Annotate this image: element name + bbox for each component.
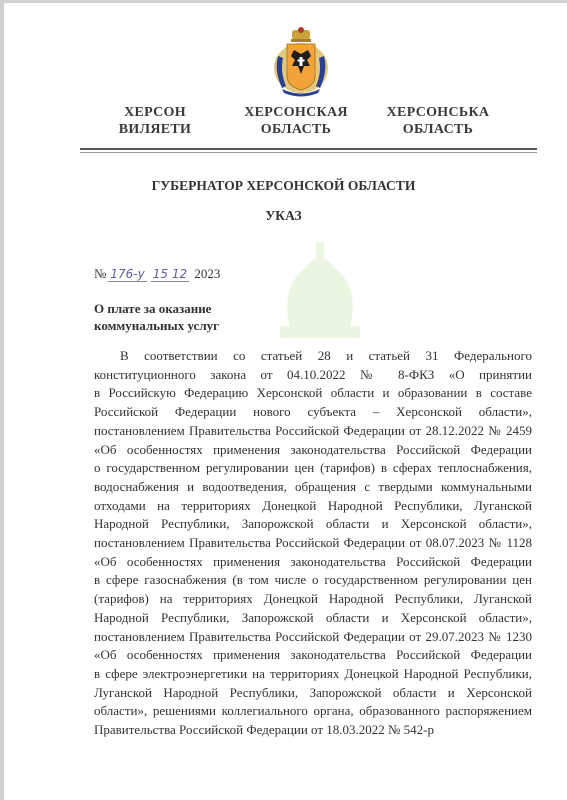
body-line: «Об особенностях применения законодатель… [94, 441, 532, 460]
body-line: постановлением Правительства Российской … [94, 534, 532, 553]
body-line: в сфере электроэнергетики на территориях… [94, 665, 532, 684]
header-names: ХЕРСОН ВИЛЯЕТИ ХЕРСОНСКАЯ ОБЛАСТЬ ХЕРСОН… [60, 104, 520, 144]
handwritten-number: 176-у [108, 267, 146, 282]
body-line: в Российскую Федерацию Херсонской област… [94, 384, 532, 403]
body-line: Правительства Российской Федерации от 18… [94, 721, 532, 740]
body-line: в сфере газоснабжения (в том числе о гос… [94, 571, 532, 590]
header-russian-line1: ХЕРСОНСКАЯ [236, 104, 356, 121]
body-line: (тарифов) на территориях Донецкой Народн… [94, 590, 532, 609]
subject-line-2: коммунальных услуг [94, 317, 219, 334]
body-line: В соответствии со статьей 28 и статьей 3… [94, 347, 532, 366]
body-line: постановлением Правительства Российской … [94, 628, 532, 647]
body-line: конституционного закона от 04.10.2022 № … [94, 366, 532, 385]
subject-line-1: О плате за оказание [94, 300, 219, 317]
body-line: Луганской Народной Республики, Запорожск… [94, 684, 532, 703]
coat-of-arms-emblem [272, 26, 330, 98]
body-line: области», решениями коллегиального орган… [94, 702, 532, 721]
document-type: УКАЗ [0, 208, 567, 224]
body-line: Российской Федерации нового субъекта – Х… [94, 403, 532, 422]
body-line: Народной Республики, Запорожской области… [94, 515, 532, 534]
header-russian: ХЕРСОНСКАЯ ОБЛАСТЬ [236, 104, 356, 138]
body-line: о государственном регулировании цен (тар… [94, 459, 532, 478]
body-line: Народной Республики, Запорожской области… [94, 609, 532, 628]
decree-number-line: №176-у15 12 2023 [94, 266, 220, 282]
header-crimean-tatar: ХЕРСОН ВИЛЯЕТИ [110, 104, 200, 138]
header-ukrainian-line1: ХЕРСОНСЬКА [378, 104, 498, 121]
decree-subject: О плате за оказание коммунальных услуг [94, 300, 219, 334]
header-russian-line2: ОБЛАСТЬ [236, 121, 356, 138]
body-line: постановлением Правительства Российской … [94, 422, 532, 441]
body-line: водоснабжения и водоотведения, обращения… [94, 478, 532, 497]
header-divider-thin [80, 152, 537, 153]
watermark-emblem-icon [250, 238, 390, 348]
header-crimean-tatar-line1: ХЕРСОН [110, 104, 200, 121]
decree-body: В соответствии со статьей 28 и статьей 3… [94, 347, 532, 740]
header-divider-thick [80, 148, 537, 150]
body-line: «Об особенностях применения законодатель… [94, 553, 532, 572]
header-ukrainian-line2: ОБЛАСТЬ [378, 121, 498, 138]
body-line: «Об особенностях применения законодатель… [94, 646, 532, 665]
issuer-title: ГУБЕРНАТОР ХЕРСОНСКОЙ ОБЛАСТИ [0, 178, 567, 194]
header-ukrainian: ХЕРСОНСЬКА ОБЛАСТЬ [378, 104, 498, 138]
handwritten-date: 15 12 [151, 267, 189, 282]
body-line: отходами на территориях Донецкой Народно… [94, 497, 532, 516]
decree-year: 2023 [194, 266, 220, 281]
header-crimean-tatar-line2: ВИЛЯЕТИ [110, 121, 200, 138]
number-sign: № [94, 266, 106, 281]
